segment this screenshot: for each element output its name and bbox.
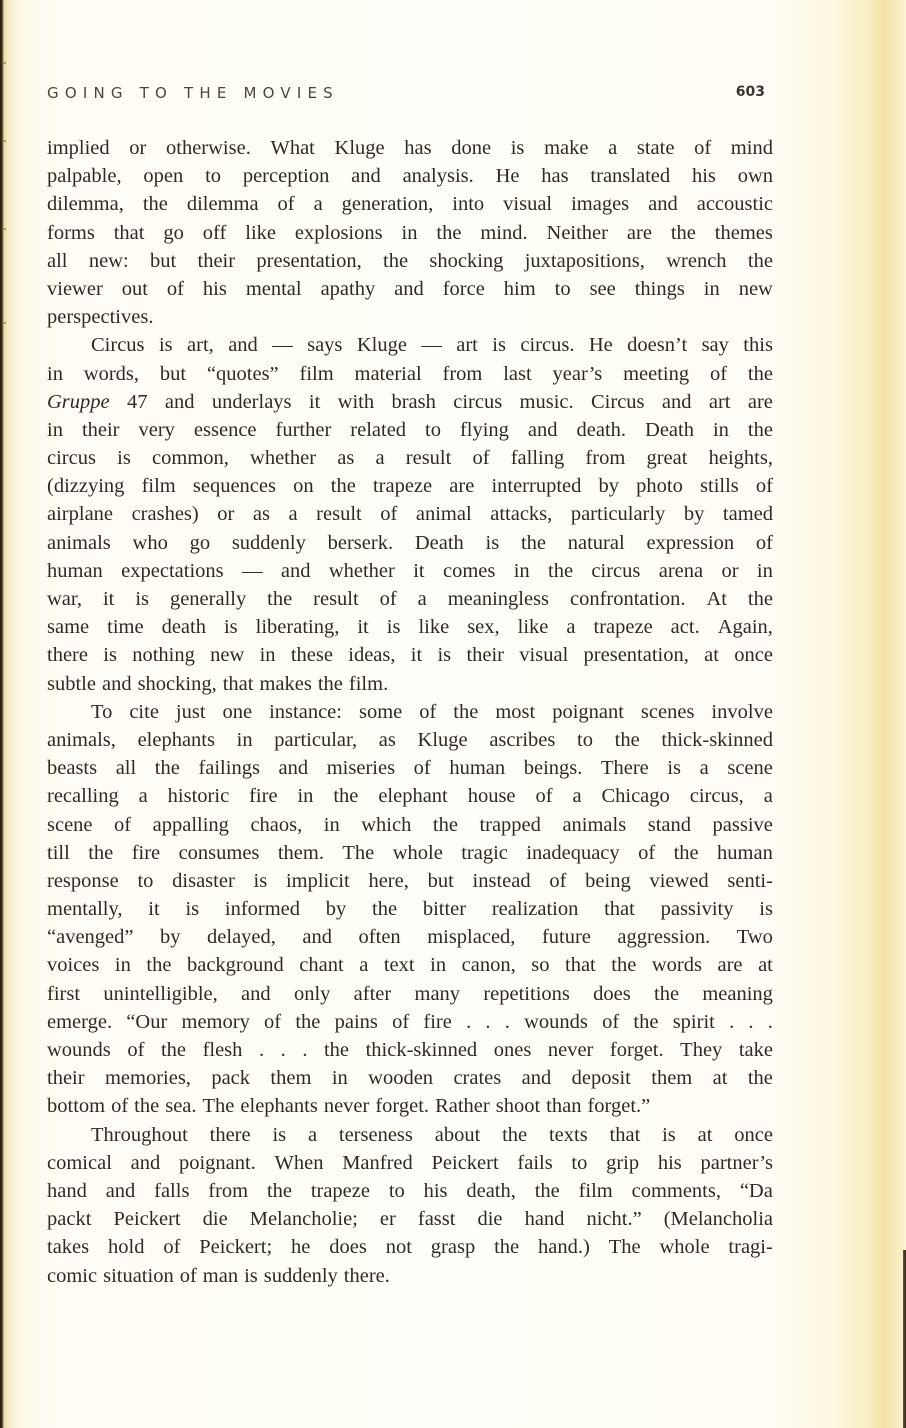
running-head: GOING TO THE MOVIES 603	[47, 84, 767, 106]
binding-edge-marks	[2, 0, 7, 380]
text-line: inwords,but“quotes”filmmaterialfromlasty…	[47, 360, 773, 388]
text-line: woundsoftheflesh...thethick-skinnedonesn…	[47, 1036, 773, 1064]
paragraph-container: impliedorotherwise.WhatKlugehasdoneismak…	[47, 134, 773, 1290]
text-line: Gruppe47andunderlaysitwithbrashcircusmus…	[47, 388, 773, 416]
text-line: comicsituationofmanissuddenlythere.	[47, 1262, 773, 1290]
text-line: voicesinthebackgroundchantatextincanon,s…	[47, 951, 773, 979]
text-line: impliedorotherwise.WhatKlugehasdoneismak…	[47, 134, 773, 162]
text-line: war,itisgenerallytheresultofameaningless…	[47, 585, 773, 613]
text-line: allnew:buttheirpresentation,theshockingj…	[47, 247, 773, 275]
paragraph: impliedorotherwise.WhatKlugehasdoneismak…	[47, 134, 773, 331]
text-line: animalswhogosuddenlyberserk.Deathisthena…	[47, 529, 773, 557]
text-line: (dizzyingfilmsequencesonthetrapezeareint…	[47, 472, 773, 500]
text-line: sametimedeathisliberating,itislikesex,li…	[47, 613, 773, 641]
text-line: theirmemories,packtheminwoodencratesandd…	[47, 1064, 773, 1092]
text-line: emerge.“Ourmemoryofthepainsoffire...woun…	[47, 1008, 773, 1036]
text-line: intheirveryessencefurtherrelatedtoflying…	[47, 416, 773, 444]
paragraph: Tocitejustoneinstance:someofthemostpoign…	[47, 698, 773, 1121]
text-line: bottomofthesea.Theelephantsneverforget.R…	[47, 1092, 773, 1120]
text-line: dilemma,thedilemmaofageneration,intovisu…	[47, 190, 773, 218]
text-line: responsetodisasterisimplicithere,butinst…	[47, 867, 773, 895]
text-line: palpable,opentoperceptionandanalysis.Heh…	[47, 162, 773, 190]
text-line: handandfallsfromthetrapezetohisdeath,the…	[47, 1177, 773, 1205]
text-line: circusiscommon,whetherasaresultoffalling…	[47, 444, 773, 472]
page-number: 603	[736, 84, 765, 100]
paragraph: Throughoutthereisatersenessaboutthetexts…	[47, 1121, 773, 1290]
text-line: humanexpectations—andwhetheritcomesinthe…	[47, 557, 773, 585]
text-line: mentally,itisinformedbythebitterrealizat…	[47, 895, 773, 923]
paragraph: Circusisart,and—saysKluge—artiscircus.He…	[47, 331, 773, 697]
text-line: “avenged”bydelayed,andoftenmisplaced,fut…	[47, 923, 773, 951]
text-line: Throughoutthereisatersenessaboutthetexts…	[47, 1121, 773, 1149]
running-head-title: GOING TO THE MOVIES	[47, 84, 339, 102]
text-line: beastsallthefailingsandmiseriesofhumanbe…	[47, 754, 773, 782]
text-line: comicalandpoignant.WhenManfredPeickertfa…	[47, 1149, 773, 1177]
text-line: perspectives.	[47, 303, 773, 331]
body-text: impliedorotherwise.WhatKlugehasdoneismak…	[47, 134, 773, 1290]
text-line: tillthefireconsumesthem.Thewholetragicin…	[47, 839, 773, 867]
text-line: airplanecrashes)orasaresultofanimalattac…	[47, 500, 773, 528]
text-line: takesholdofPeickert;hedoesnotgraspthehan…	[47, 1233, 773, 1261]
text-line: vieweroutofhismentalapathyandforcehimtos…	[47, 275, 773, 303]
text-line: packtPeickertdieMelancholie;erfasstdieha…	[47, 1205, 773, 1233]
text-line: thereisnothingnewintheseideas,itistheirv…	[47, 641, 773, 669]
text-line: firstunintelligible,andonlyaftermanyrepe…	[47, 980, 773, 1008]
text-line: subtleandshocking,thatmakesthefilm.	[47, 670, 773, 698]
text-line: recallingahistoricfireintheelephanthouse…	[47, 782, 773, 810]
text-line: sceneofappallingchaos,inwhichthetrappeda…	[47, 811, 773, 839]
text-line: animals,elephantsinparticular,asKlugeasc…	[47, 726, 773, 754]
text-line: Circusisart,and—saysKluge—artiscircus.He…	[47, 331, 773, 359]
text-line: Tocitejustoneinstance:someofthemostpoign…	[47, 698, 773, 726]
text-line: formsthatgoofflikeexplosionsinthemind.Ne…	[47, 219, 773, 247]
